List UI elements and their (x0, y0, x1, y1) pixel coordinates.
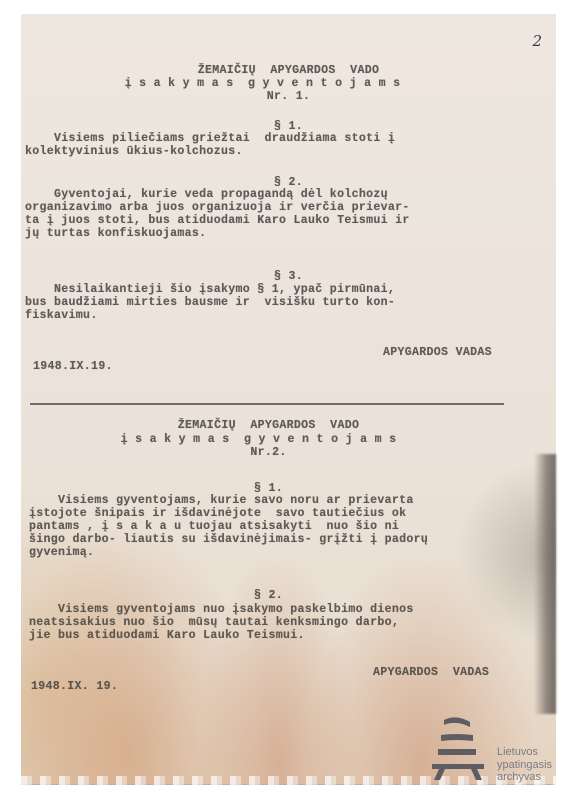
order2-date: 1948.IX. 19. (31, 680, 118, 693)
order1-section3-mark: § 3. (21, 270, 556, 283)
order2-signature: APYGARDOS VADAS (373, 666, 489, 679)
archive-name: Lietuvos ypatingasis archyvas (497, 746, 552, 784)
order2-section2-line: neatsisakius nuo šio mūsų tautai kenksmi… (29, 616, 399, 629)
archive-name-line: Lietuvos (497, 746, 552, 759)
order1-section3-line: Nesilaikantieji šio įsakymo § 1, ypač pi… (25, 283, 395, 296)
order1-signature: APYGARDOS VADAS (383, 346, 492, 359)
archive-pillar-logo-icon (426, 708, 490, 780)
order2-section2-mark: § 2. (1, 589, 536, 602)
order1-section3-line: bus baudžiami mirties bausme ir visišku … (25, 296, 395, 309)
edge-stain (534, 454, 556, 714)
order1-section3-line: fiskavimu. (25, 309, 98, 322)
order1-heading-line1: ŽEMAIČIŲ APYGARDOS VADO (21, 64, 556, 77)
order1-section1-line: Visiems piliečiams griežtai draudžiama s… (25, 132, 395, 145)
order2-section2-line: jie bus atiduodami Karo Lauko Teismui. (29, 629, 305, 642)
order1-section2-line: organizavimo arba juos organizuoja ir ve… (25, 201, 410, 214)
order2-section1-line: gyvenimą. (29, 546, 94, 559)
section-divider-rule (30, 403, 504, 405)
order1-date: 1948.IX.19. (33, 360, 113, 373)
order1-section2-line: jų turtas konfiskuojamas. (25, 227, 206, 240)
order1-heading-line2: į s a k y m a s g y v e n t o j a m s (0, 77, 530, 90)
order2-section1-line: šingo darbo- liautis su išdavinėjimais- … (29, 533, 428, 546)
handwritten-page-number: 2 (532, 32, 542, 50)
archive-watermark: Lietuvos ypatingasis archyvas (426, 708, 576, 786)
order2-section2-line: Visiems gyventojams nuo įsakymo paskelbi… (29, 603, 414, 616)
order2-section1-line: Visiems gyventojams, kurie savo noru ar … (29, 494, 414, 507)
order2-section1-line: pantams , į s a k a u tuojau atsisakyti … (29, 520, 399, 533)
order1-section2-line: Gyventojai, kurie veda propagandą dėl ko… (25, 188, 388, 201)
archival-document-page: 2 ŽEMAIČIŲ APYGARDOS VADO į s a k y m a … (21, 14, 556, 784)
order1-number: Nr. 1. (21, 90, 556, 103)
order2-heading-line2: į s a k y m a s g y v e n t o j a m s (0, 433, 526, 446)
order1-section1-line: kolektyvinius ūkius-kolchozus. (25, 145, 243, 158)
order2-section1-line: įstojote šnipais ir išdavinėjote savo ta… (29, 507, 406, 520)
archive-name-line: archyvas (497, 771, 552, 784)
order1-section2-line: ta į juos stoti, bus atiduodami Karo Lau… (25, 214, 410, 227)
archive-name-line: ypatingasis (497, 759, 552, 772)
order2-number: Nr.2. (1, 446, 536, 459)
order2-heading-line1: ŽEMAIČIŲ APYGARDOS VADO (1, 419, 536, 432)
